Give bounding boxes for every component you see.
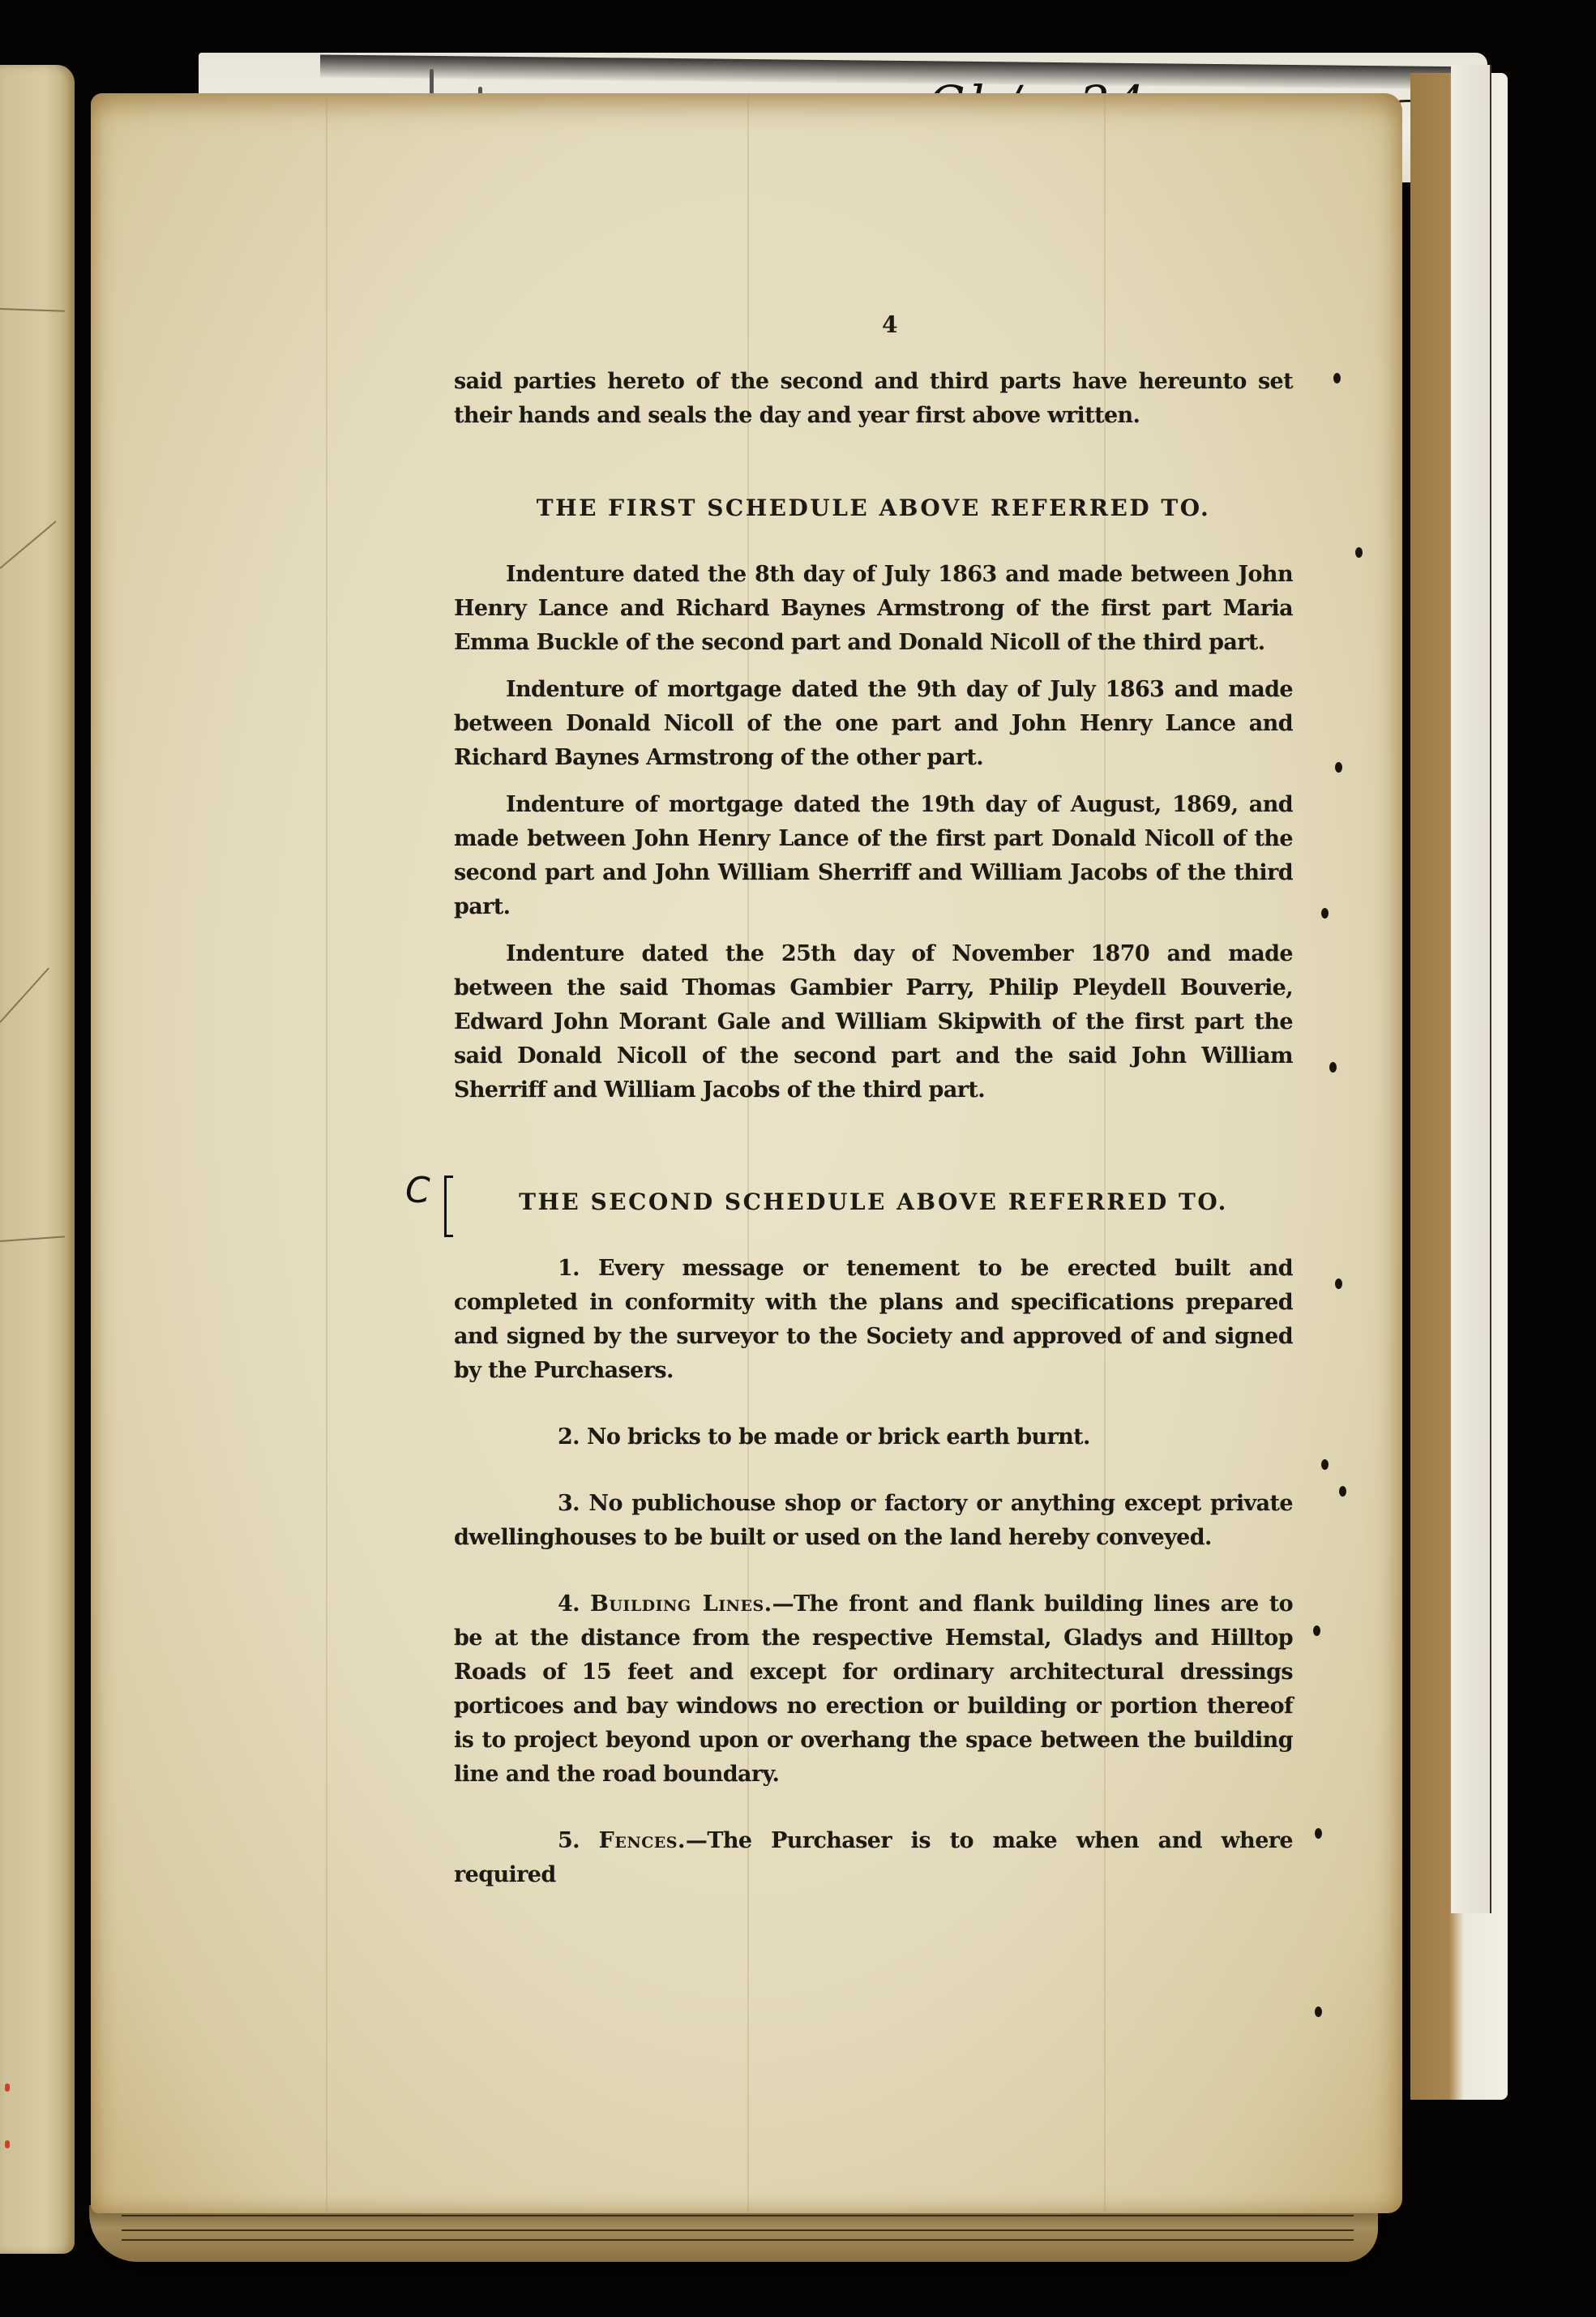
fold-line: [326, 93, 327, 2213]
schedule-clause: 2. No bricks to be made or brick earth b…: [454, 1420, 1293, 1454]
red-ink-mark: [5, 2084, 10, 2092]
binding-hole-icon: [1333, 373, 1341, 383]
binding-hole-icon: [1335, 1278, 1342, 1289]
clause-text: Every message or tenement to be erected …: [454, 1256, 1293, 1383]
clause-number: 2.: [506, 1420, 580, 1454]
first-schedule-heading: THE FIRST SCHEDULE ABOVE REFERRED TO.: [454, 491, 1293, 525]
binding-hole-icon: [1339, 1486, 1346, 1497]
clause-title: Building Lines.: [590, 1591, 772, 1617]
schedule-entry: Indenture of mortgage dated the 9th day …: [454, 673, 1293, 775]
document-text: 4 said parties hereto of the second and …: [454, 308, 1293, 1892]
schedule-clause: 4. Building Lines.—The front and flank b…: [454, 1587, 1293, 1792]
page-edge-line: [122, 2239, 1354, 2241]
page-crease: [0, 1236, 65, 1242]
page-number: 4: [486, 308, 1293, 342]
clause-number: 5.: [506, 1824, 580, 1858]
shadow-band: [320, 54, 1487, 89]
binding-hole-icon: [1315, 2006, 1322, 2017]
page-edge-line: [122, 2215, 1354, 2216]
clause-text: No publichouse shop or factory or anythi…: [454, 1491, 1293, 1550]
clause-text: —The front and flank building lines are …: [454, 1591, 1293, 1787]
clause-title: Fences.: [599, 1828, 686, 1853]
clause-number: 1.: [506, 1252, 580, 1286]
previous-page-edge: [0, 65, 75, 2254]
binding-hole-icon: [1335, 762, 1342, 773]
binding-hole-icon: [1329, 1062, 1337, 1073]
clause-text: No bricks to be made or brick earth burn…: [587, 1424, 1090, 1450]
handwritten-bracket-icon: [444, 1176, 453, 1237]
schedule-entry: Indenture of mortgage dated the 19th day…: [454, 788, 1293, 924]
binding-hole-icon: [1355, 547, 1363, 558]
closing-clause-paragraph: said parties hereto of the second and th…: [454, 365, 1293, 433]
binding-hole-icon: [1313, 1625, 1320, 1636]
page-crease: [0, 967, 49, 1022]
clause-number: 3.: [506, 1487, 580, 1521]
schedule-clause: 5. Fences.—The Purchaser is to make when…: [454, 1824, 1293, 1892]
binding-hole-icon: [1321, 1459, 1329, 1470]
handwritten-margin-mark: C: [405, 1174, 430, 1208]
clause-text: —The Purchaser is to make when and where…: [454, 1828, 1293, 1887]
page-crease: [0, 308, 65, 312]
page-edge-line: [122, 2229, 1354, 2231]
schedule-clause: 1. Every message or tenement to be erect…: [454, 1252, 1293, 1388]
second-schedule-heading-row: C THE SECOND SCHEDULE ABOVE REFERRED TO.: [454, 1185, 1293, 1219]
binding-hole-icon: [1321, 908, 1329, 919]
page-stack-edge: [89, 2205, 1378, 2262]
stacked-sheet-edge: [1451, 65, 1491, 1913]
binding-hole-icon: [1315, 1828, 1322, 1839]
schedule-entry: Indenture dated the 8th day of July 1863…: [454, 558, 1293, 660]
red-ink-mark: [5, 2140, 10, 2148]
second-schedule-heading: THE SECOND SCHEDULE ABOVE REFERRED TO.: [454, 1185, 1293, 1219]
page-crease: [0, 520, 57, 568]
schedule-entry: Indenture dated the 25th day of November…: [454, 937, 1293, 1107]
schedule-clause: 3. No publichouse shop or factory or any…: [454, 1487, 1293, 1555]
clause-number: 4.: [506, 1587, 580, 1621]
